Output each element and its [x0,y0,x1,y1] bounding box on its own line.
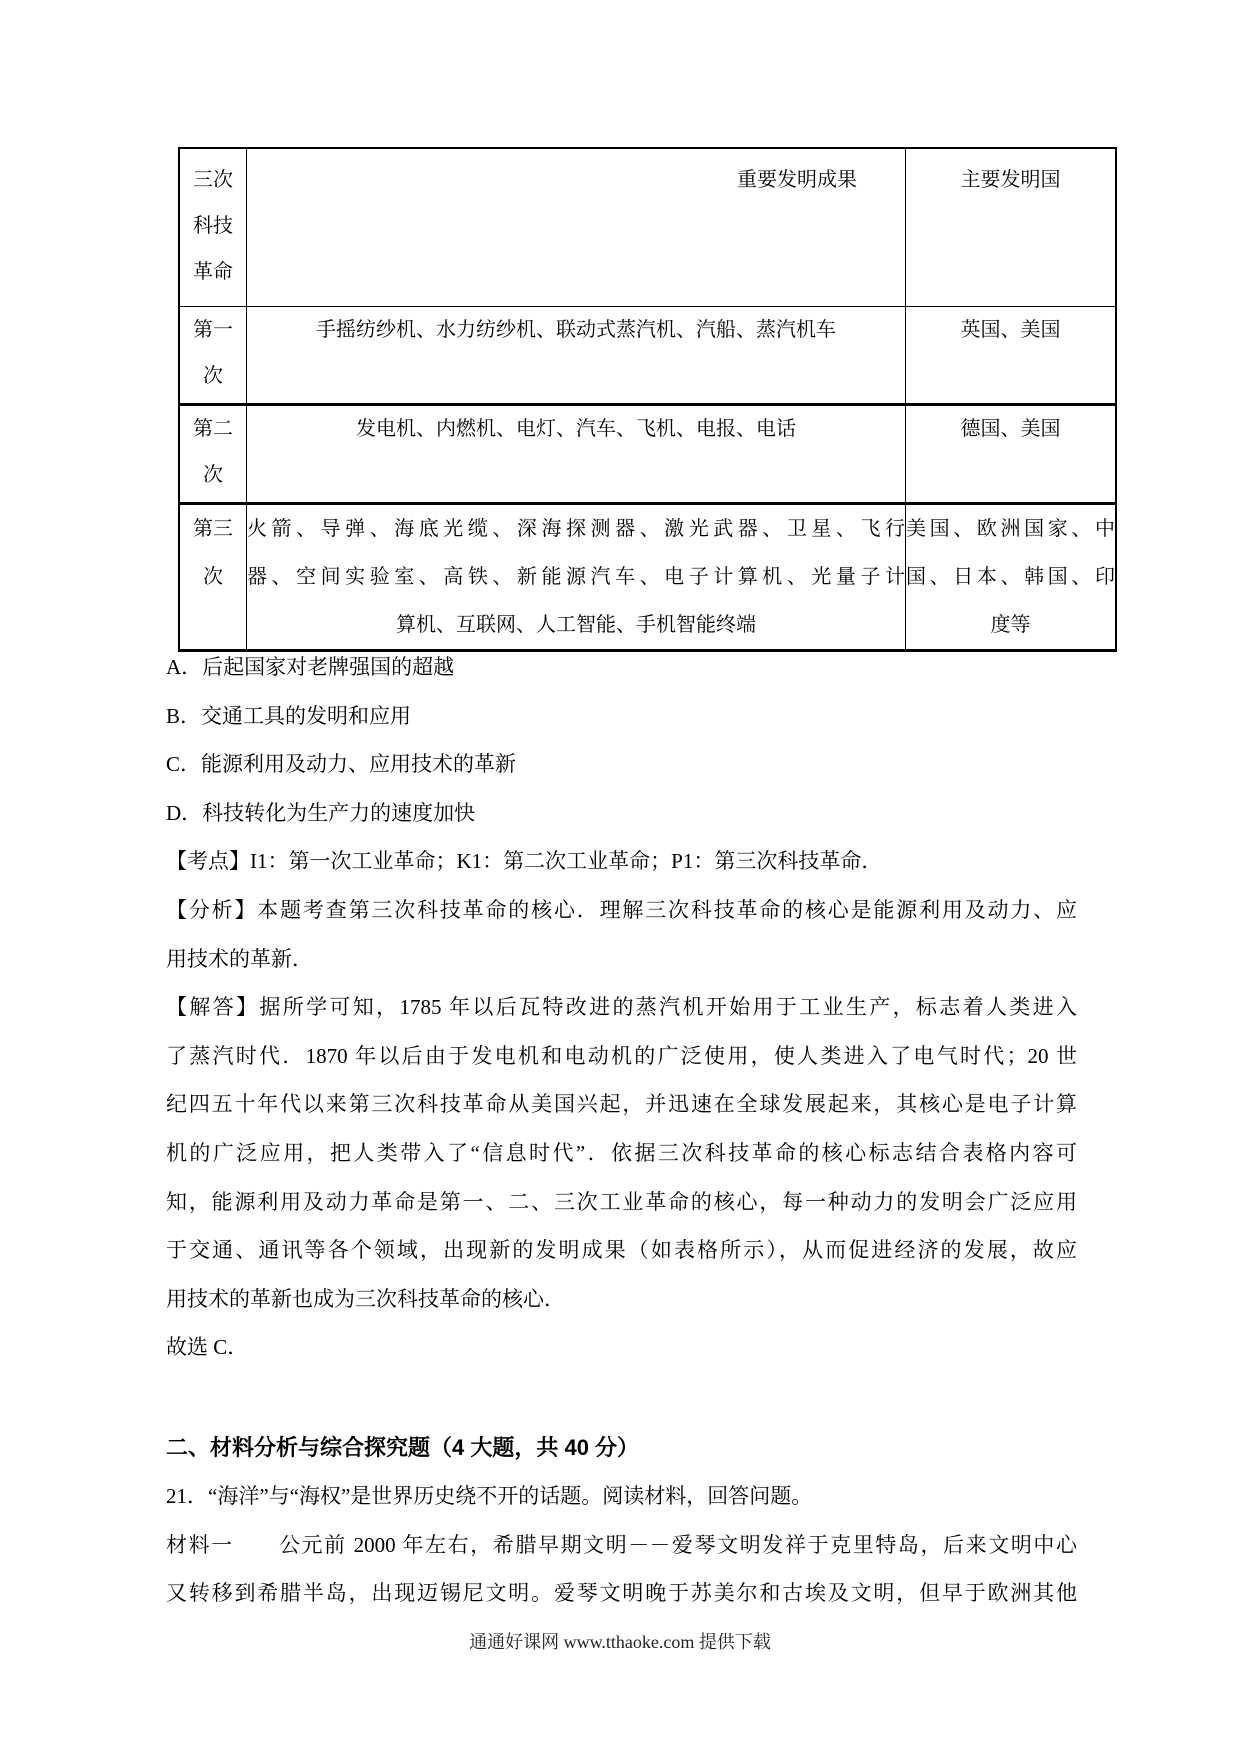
option-b: B．交通工具的发明和应用 [166,692,1077,741]
row3-period-line: 次 [180,553,246,601]
option-d: D．科技转化为生产力的速度加快 [166,789,1077,838]
row3-countries-line: 度等 [906,601,1115,649]
header-period-line: 科技 [180,203,246,249]
row3-inventions-line: 火箭、导弹、海底光缆、深海探测器、激光武器、卫星、飞行 [247,505,905,553]
solution-line: 用技术的革新也成为三次科技革命的核心． [166,1275,1077,1324]
row2-period-line: 次 [180,452,246,498]
row2-inventions-cell: 发电机、内燃机、电灯、汽车、飞机、电报、电话 [247,405,906,504]
row1-period-cell: 第一 次 [179,307,247,405]
solution-line: 知，能源利用及动力革命是第一、二、三次工业革命的核心，每一种动力的发明会广泛应用 [166,1178,1077,1227]
row3-inventions-line: 算机、互联网、人工智能、手机智能终端 [247,601,905,649]
row1-inventions-cell: 手摇纺纱机、水力纺纱机、联动式蒸汽机、汽船、蒸汽机车 [247,307,906,405]
solution-line: 【解答】据所学可知，1785 年以后瓦特改进的蒸汽机开始用于工业生产，标志着人类… [166,983,1077,1032]
site-footer: 通通好课网 www.tthaoke.com 提供下载 [0,1626,1240,1658]
header-period-line: 三次 [180,157,246,203]
row2-countries-cell: 德国、美国 [906,405,1117,504]
row2-period-cell: 第二 次 [179,405,247,504]
section-two-heading: 二、材料分析与综合探究题（4 大题，共 40 分） [166,1425,639,1471]
header-countries-cell: 主要发明国 [906,148,1117,307]
row3-period-cell: 第三 次 [179,504,247,651]
solution-line: 于交通、通讯等各个领域，出现新的发明成果（如表格所示），从而促进经济的发展，故应 [166,1226,1077,1275]
table-header-row: 三次 科技 革命 重要发明成果 主要发明国 [179,148,1116,307]
header-period-line: 革命 [180,249,246,295]
answer-line: 故选 C． [166,1323,1077,1372]
row3-countries-line: 美国、欧洲国家、中 [906,505,1115,553]
solution-line: 纪四五十年代以来第三次科技革命从美国兴起，并迅速在全球发展起来，其核心是电子计算 [166,1080,1077,1129]
document-page: 三次 科技 革命 重要发明成果 主要发明国 第一 次 手摇纺纱机、水力纺纱机、联… [0,0,1240,1754]
tech-revolutions-table: 三次 科技 革命 重要发明成果 主要发明国 第一 次 手摇纺纱机、水力纺纱机、联… [178,147,1117,652]
row3-countries-cell: 美国、欧洲国家、中 国、日本、韩国、印 度等 [906,504,1117,651]
question-21-block: 21．“海洋”与“海权”是世界历史绕不开的话题。阅读材料，回答问题。 材料一 公… [166,1472,1077,1618]
analysis-line: 【分析】本题考查第三次科技革命的核心．理解三次科技革命的核心是能源利用及动力、应 [166,886,1077,935]
analysis-line: 用技术的革新． [166,935,1077,984]
row3-countries-line: 国、日本、韩国、印 [906,553,1115,601]
row1-countries-cell: 英国、美国 [906,307,1117,405]
table-row: 第一 次 手摇纺纱机、水力纺纱机、联动式蒸汽机、汽船、蒸汽机车 英国、美国 [179,307,1116,405]
row2-period-line: 第二 [180,406,246,452]
header-period-cell: 三次 科技 革命 [179,148,247,307]
row3-inventions-cell: 火箭、导弹、海底光缆、深海探测器、激光武器、卫星、飞行 器、空间实验室、高铁、新… [247,504,906,651]
question-21-stem: 21．“海洋”与“海权”是世界历史绕不开的话题。阅读材料，回答问题。 [166,1472,1077,1521]
table-row: 第二 次 发电机、内燃机、电灯、汽车、飞机、电报、电话 德国、美国 [179,405,1116,504]
material-one-line: 又转移到希腊半岛，出现迈锡尼文明。爱琴文明晚于苏美尔和古埃及文明，但早于欧洲其他 [166,1569,1077,1618]
question-answer-block: A．后起国家对老牌强国的超越 B．交通工具的发明和应用 C．能源利用及动力、应用… [166,643,1077,1372]
option-c: C．能源利用及动力、应用技术的革新 [166,740,1077,789]
row3-inventions-line: 器、空间实验室、高铁、新能源汽车、电子计算机、光量子计 [247,553,905,601]
row1-period-line: 次 [180,353,246,399]
solution-line: 机的广泛应用，把人类带入了“信息时代”．依据三次科技革命的核心标志结合表格内容可 [166,1129,1077,1178]
option-a: A．后起国家对老牌强国的超越 [166,643,1077,692]
exam-point-line: 【考点】I1：第一次工业革命；K1：第二次工业革命；P1：第三次科技革命． [166,837,1077,886]
row3-period-line: 第三 [180,505,246,553]
table-row: 第三 次 火箭、导弹、海底光缆、深海探测器、激光武器、卫星、飞行 器、空间实验室… [179,504,1116,651]
header-inventions-cell: 重要发明成果 [247,148,906,307]
solution-line: 了蒸汽时代．1870 年以后由于发电机和电动机的广泛使用，使人类进入了电气时代；… [166,1032,1077,1081]
row1-period-line: 第一 [180,307,246,353]
material-one-line: 材料一 公元前 2000 年左右，希腊早期文明－－爱琴文明发祥于克里特岛，后来文… [166,1521,1077,1570]
